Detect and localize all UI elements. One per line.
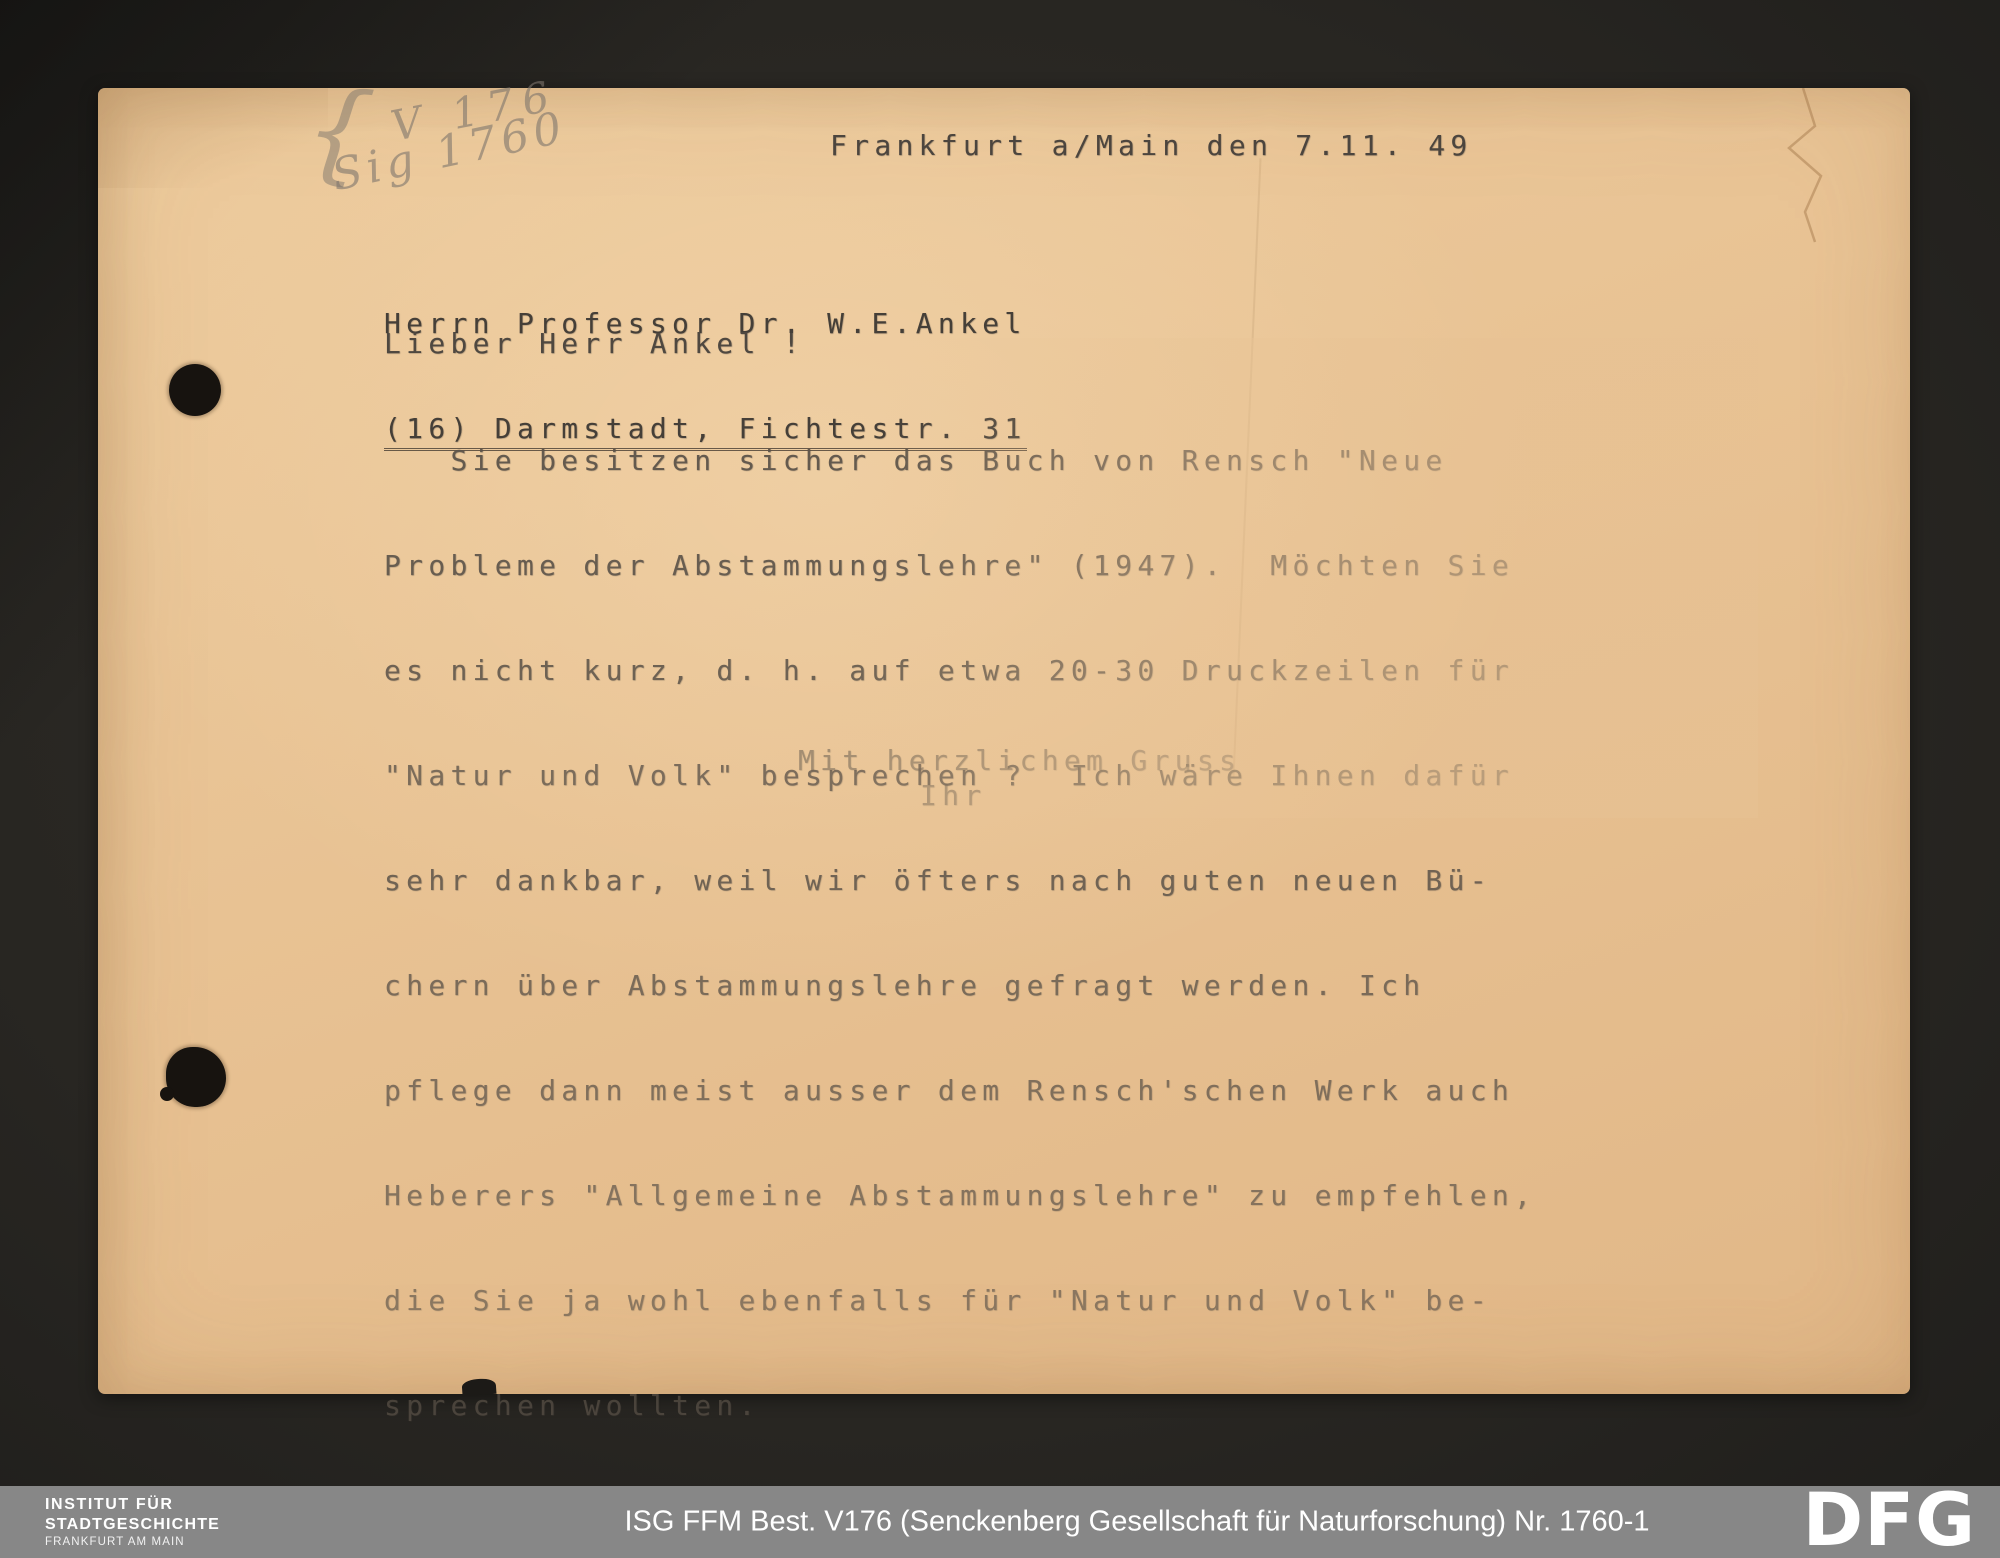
body-line: pflege dann meist ausser dem Rensch'sche… bbox=[384, 1073, 1536, 1108]
dfg-logo: DFG bbox=[1803, 1478, 1976, 1558]
archive-reference: ISG FFM Best. V176 (Senckenberg Gesellsc… bbox=[624, 1506, 1649, 1539]
institute-logo: INSTITUT FÜR STADTGESCHICHTE FRANKFURT A… bbox=[45, 1497, 220, 1549]
hole-punch-bottom bbox=[166, 1047, 226, 1107]
institute-name-line2: STADTGESCHICHTE bbox=[45, 1517, 220, 1533]
letter-body: Sie besitzen sicher das Buch von Rensch … bbox=[384, 373, 1536, 1493]
signature-line: Ihr bbox=[920, 778, 986, 813]
body-line: sehr dankbar, weil wir öfters nach guten… bbox=[384, 863, 1536, 898]
body-line: Sie besitzen sicher das Buch von Rensch … bbox=[384, 443, 1536, 478]
body-line: Probleme der Abstammungslehre" (1947). M… bbox=[384, 548, 1536, 583]
body-line: die Sie ja wohl ebenfalls für "Natur und… bbox=[384, 1283, 1536, 1318]
body-line: chern über Abstammungslehre gefragt werd… bbox=[384, 968, 1536, 1003]
letter-paper: { V 176 Sig 1760 Frankfurt a/Main den 7.… bbox=[98, 88, 1910, 1394]
hole-punch-top bbox=[169, 364, 221, 416]
closing-line: Mit herzlichem Gruss bbox=[798, 743, 1241, 778]
body-line: es nicht kurz, d. h. auf etwa 20-30 Druc… bbox=[384, 653, 1536, 688]
institute-name-line3: FRANKFURT AM MAIN bbox=[45, 1537, 220, 1549]
letter-dateline: Frankfurt a/Main den 7.11. 49 bbox=[830, 128, 1473, 163]
paper-stain bbox=[98, 88, 328, 188]
institute-name-line1: INSTITUT FÜR bbox=[45, 1497, 220, 1513]
salutation-line: Lieber Herr Ankel ! bbox=[384, 326, 805, 361]
body-line: sprechen wollten. bbox=[384, 1388, 1536, 1423]
body-line: Heberers "Allgemeine Abstammungslehre" z… bbox=[384, 1178, 1536, 1213]
paper-tear-mark bbox=[1718, 88, 1918, 268]
archive-footer-bar: INSTITUT FÜR STADTGESCHICHTE FRANKFURT A… bbox=[0, 1486, 2000, 1558]
